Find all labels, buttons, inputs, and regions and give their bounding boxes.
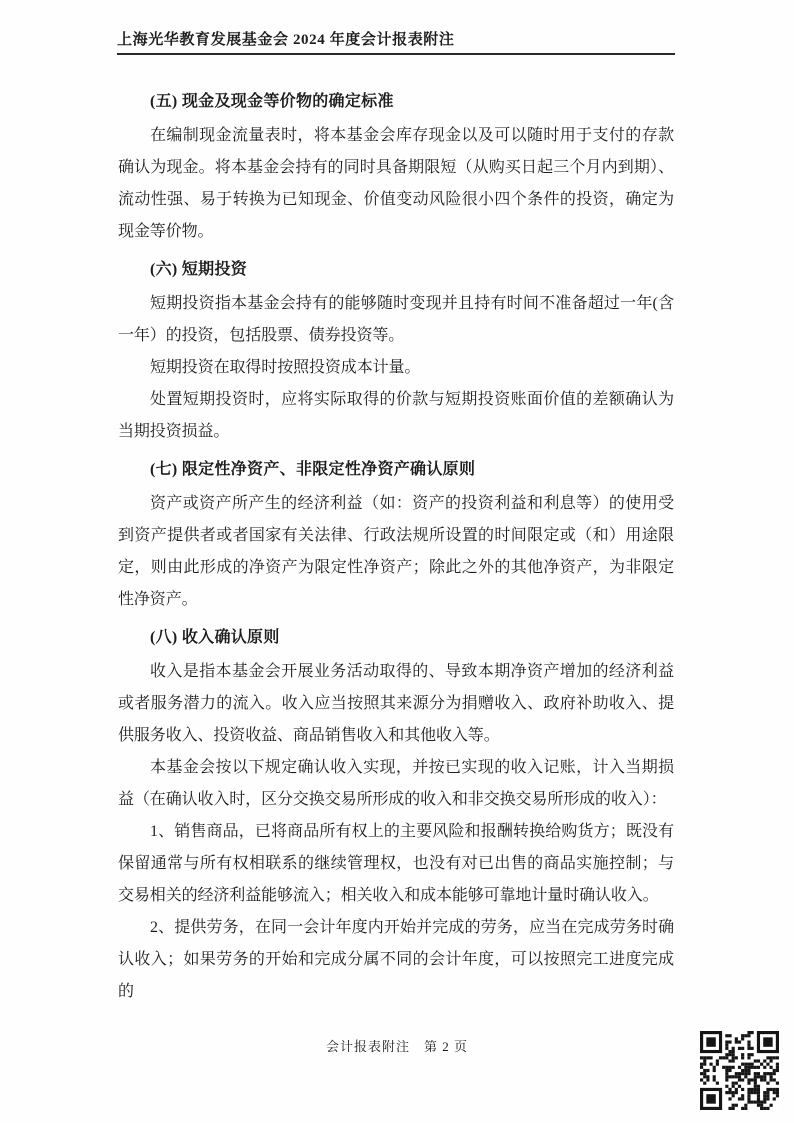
paragraph: 本基金会按以下规定确认收入实现，并按已实现的收入记账，计入当期损益（在确认收入时… bbox=[118, 752, 674, 816]
section-heading-short-term-investment: (六) 短期投资 bbox=[118, 254, 674, 286]
footer-page-label: 会计报表附注 第 2 页 bbox=[326, 1039, 468, 1054]
qr-code-icon bbox=[700, 1031, 779, 1110]
document-header-title: 上海光华教育发展基金会 2024 年度会计报表附注 bbox=[117, 31, 675, 50]
document-body: (五) 现金及现金等价物的确定标准 在编制现金流量表时，将本基金会库存现金以及可… bbox=[118, 62, 674, 1008]
paragraph: 2、提供劳务，在同一会计年度内开始并完成的劳务，应当在完成劳务时确认收入；如果劳… bbox=[118, 912, 674, 1008]
paragraph: 在编制现金流量表时，将本基金会库存现金以及可以随时用于支付的存款确认为现金。将本… bbox=[118, 120, 674, 248]
section-heading-net-assets: (七) 限定性净资产、非限定性净资产确认原则 bbox=[118, 454, 674, 486]
page-header: 上海光华教育发展基金会 2024 年度会计报表附注 bbox=[117, 31, 675, 55]
document-page: 上海光华教育发展基金会 2024 年度会计报表附注 (五) 现金及现金等价物的确… bbox=[0, 0, 794, 1123]
paragraph: 资产或资产所产生的经济利益（如：资产的投资利益和利息等）的使用受到资产提供者或者… bbox=[118, 488, 674, 616]
paragraph: 短期投资指本基金会持有的能够随时变现并且持有时间不准备超过一年(含一年）的投资，… bbox=[118, 288, 674, 352]
paragraph: 处置短期投资时，应将实际取得的价款与短期投资账面价值的差额确认为当期投资损益。 bbox=[118, 384, 674, 448]
section-heading-revenue-recognition: (八) 收入确认原则 bbox=[118, 622, 674, 654]
section-heading-cash-equivalents: (五) 现金及现金等价物的确定标准 bbox=[118, 86, 674, 118]
paragraph: 1、销售商品，已将商品所有权上的主要风险和报酬转换给购货方；既没有保留通常与所有… bbox=[118, 816, 674, 912]
paragraph: 短期投资在取得时按照投资成本计量。 bbox=[118, 352, 674, 384]
paragraph: 收入是指本基金会开展业务活动取得的、导致本期净资产增加的经济利益或者服务潜力的流… bbox=[118, 656, 674, 752]
page-footer: 会计报表附注 第 2 页 bbox=[0, 1036, 794, 1055]
